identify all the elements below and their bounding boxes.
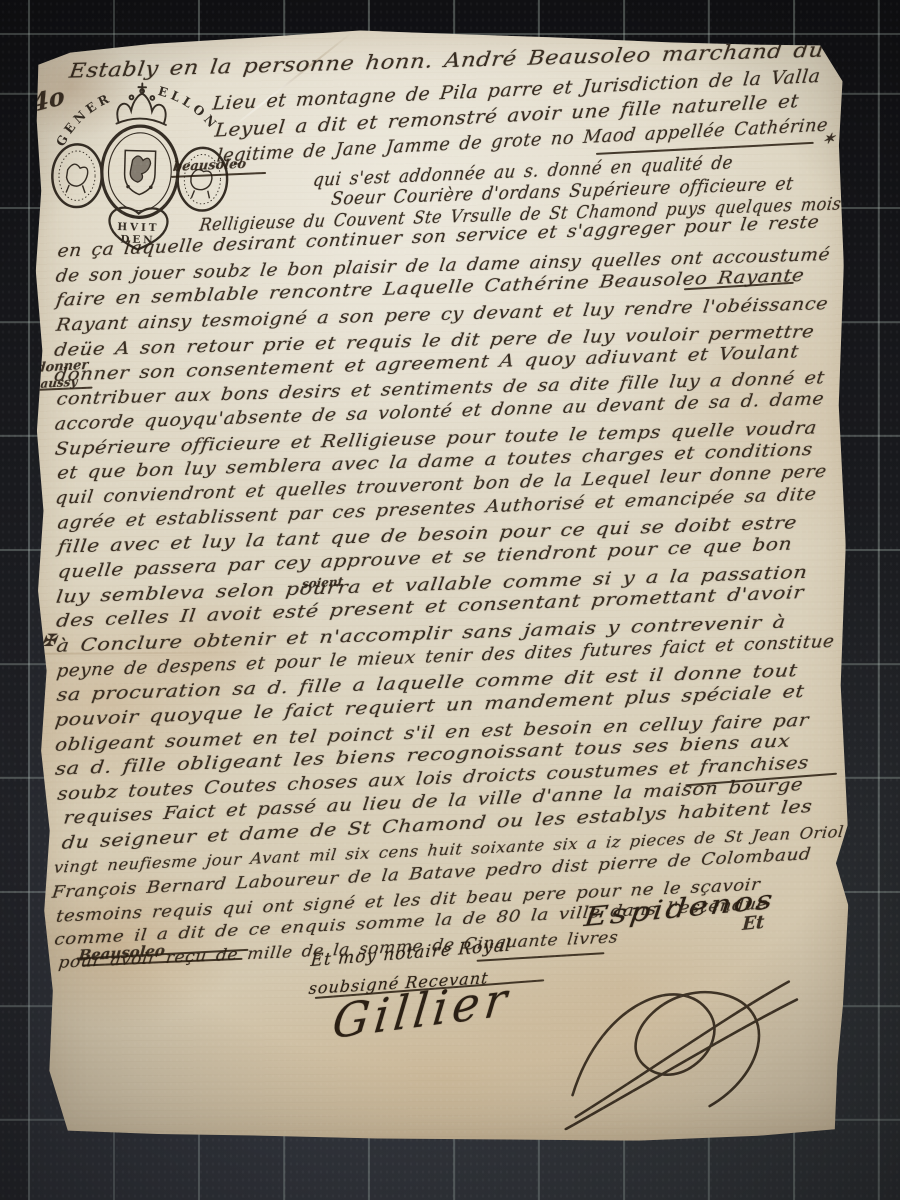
- stamp-center-shield: [101, 125, 180, 218]
- manuscript-margin-note: soient: [301, 574, 344, 591]
- stamp-value-top: HVIT: [117, 221, 159, 234]
- manuscript-paper: HVIT DEN GENER ELLON Et moy notaire Roya…: [30, 25, 854, 1147]
- photo-of-manuscript-on-dark-tiles: HVIT DEN GENER ELLON Et moy notaire Roya…: [0, 0, 900, 1200]
- manuscript-margin-note: ✶: [822, 131, 836, 147]
- manuscript-margin-note: donner: [36, 358, 89, 376]
- manuscript-margin-note: ✠: [41, 631, 57, 650]
- manuscript-margin-note: Et: [742, 912, 765, 935]
- signature-paraph-icon: [557, 943, 808, 1130]
- stamp-left-medallion: [51, 144, 102, 208]
